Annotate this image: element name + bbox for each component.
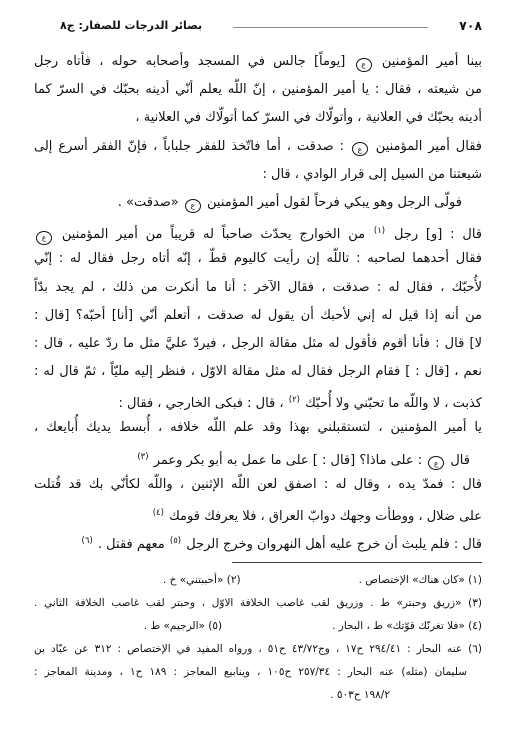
text-line: لأُحبّك ، فقال له : صدقت ، فقال الآخر : … [34,274,482,302]
alayhis-salam-icon: ع [356,58,372,72]
alayhis-salam-icon: ع [352,142,368,156]
text-line: شيعتنا من السيل إلى قرار الوادي ، قال : [34,161,482,189]
text-line: كذبت ، لا واللّه ما تحبّني ولا أُحبّك (٢… [34,386,482,414]
footnote-line: سليمان (مثله) عنه البحار : ٢٥٧/٣٤ ح١٠٥ ،… [34,661,467,684]
text-line: لا] قال : فأنا أقوم فأقول له مثل مقالة ا… [34,330,482,358]
alayhis-salam-icon: ع [36,231,52,245]
alayhis-salam-icon: ع [428,456,444,470]
footnote-ref: (٤) [153,508,164,518]
text-line: قال : [و] رجل (١) من الخوارج يحدّث صاحبا… [34,217,482,245]
footnote-item: (٥) «الرجيم» ط . [144,615,222,638]
text-line: من شيعته ، فقال : يا أمير المؤمنين ، إنّ… [34,76,482,104]
text-line: فقال أمير المؤمنين ع : صدقت ، أما فاتّخذ… [34,133,482,161]
page-number: ٧٠٨ [459,18,482,33]
footnote-row: (١) «كان هناك» الإختصاص .(٢) «أحببتني» خ… [34,569,482,592]
text-line: من أنه إذا قيل له إني لأحبك أن يقول له ص… [34,302,482,330]
text-line: قال ع : على ماذا؟ [قال : ] على ما عمل به… [34,443,470,471]
header-rule [233,27,428,28]
text-line: أدينه بحبّك في العلانية ، وأتولّاك في ال… [34,104,482,132]
text-line: فولّى الرجل وهو يبكي فرحاً لقول أمير الم… [34,189,462,217]
footnote-item: (٢) «أحببتني» خ . [163,569,241,592]
footnote-ref: (١) [374,226,385,236]
footnote-item: (٤) «فلا تغرنّك قوّتك» ط ، البحار . [332,615,482,638]
text-line: على ضلال ، ووطأت وجهك دوابّ العراق ، فلا… [34,499,482,527]
footnote-line: (٦) عنه البحار : ٢٩٤/٤١ ح١٧ ، وج٤٣/٧٢ ح٥… [34,638,482,661]
footnote-ref: (٢) [289,395,300,405]
footnotes: (١) «كان هناك» الإختصاص .(٢) «أحببتني» خ… [34,569,482,707]
footnote-separator [232,562,482,563]
footnote-line: (٣) «زريق وحبتر» ط . وزريق لقب غاصب الخل… [34,592,482,615]
footnote-line: ١٩٨/٢ ح٥٠٣ . [34,684,390,707]
text-line: يا أمير المؤمنين ، لتستقبلني بهذا وقد عل… [34,414,482,442]
page-header: ٧٠٨ بصائر الدرجات للصفار: ج٨ [0,0,515,33]
text-line: فقال أحدهما لصاحبه : تاللّه إن رأيت كالي… [34,245,482,273]
footnote-item: (١) «كان هناك» الإختصاص . [359,569,482,592]
book-title: بصائر الدرجات للصفار: ج٨ [60,19,202,32]
book-page: ٧٠٨ بصائر الدرجات للصفار: ج٨ بينا أمير ا… [0,0,515,752]
body-text: بينا أمير المؤمنين ع [يوماً] جالس في الم… [34,48,482,555]
alayhis-salam-icon: ع [185,199,201,213]
text-line: قال : فلم يلبث أن خرج عليه أهل النهروان … [34,527,482,555]
text-line: بينا أمير المؤمنين ع [يوماً] جالس في الم… [34,48,482,76]
footnote-row: (٤) «فلا تغرنّك قوّتك» ط ، البحار .(٥) «… [34,615,482,638]
page-content: بينا أمير المؤمنين ع [يوماً] جالس في الم… [0,48,515,707]
footnote-ref: (٦) [82,536,93,546]
footnote-ref: (٣) [137,452,148,462]
text-line: نعم ، [قال : ] فقام الرجل فقال له مثل مق… [34,358,482,386]
footnote-ref: (٥) [170,536,181,546]
text-line: قال : فمدّ يده ، وقال له : اصفق لعن اللّ… [34,471,482,499]
